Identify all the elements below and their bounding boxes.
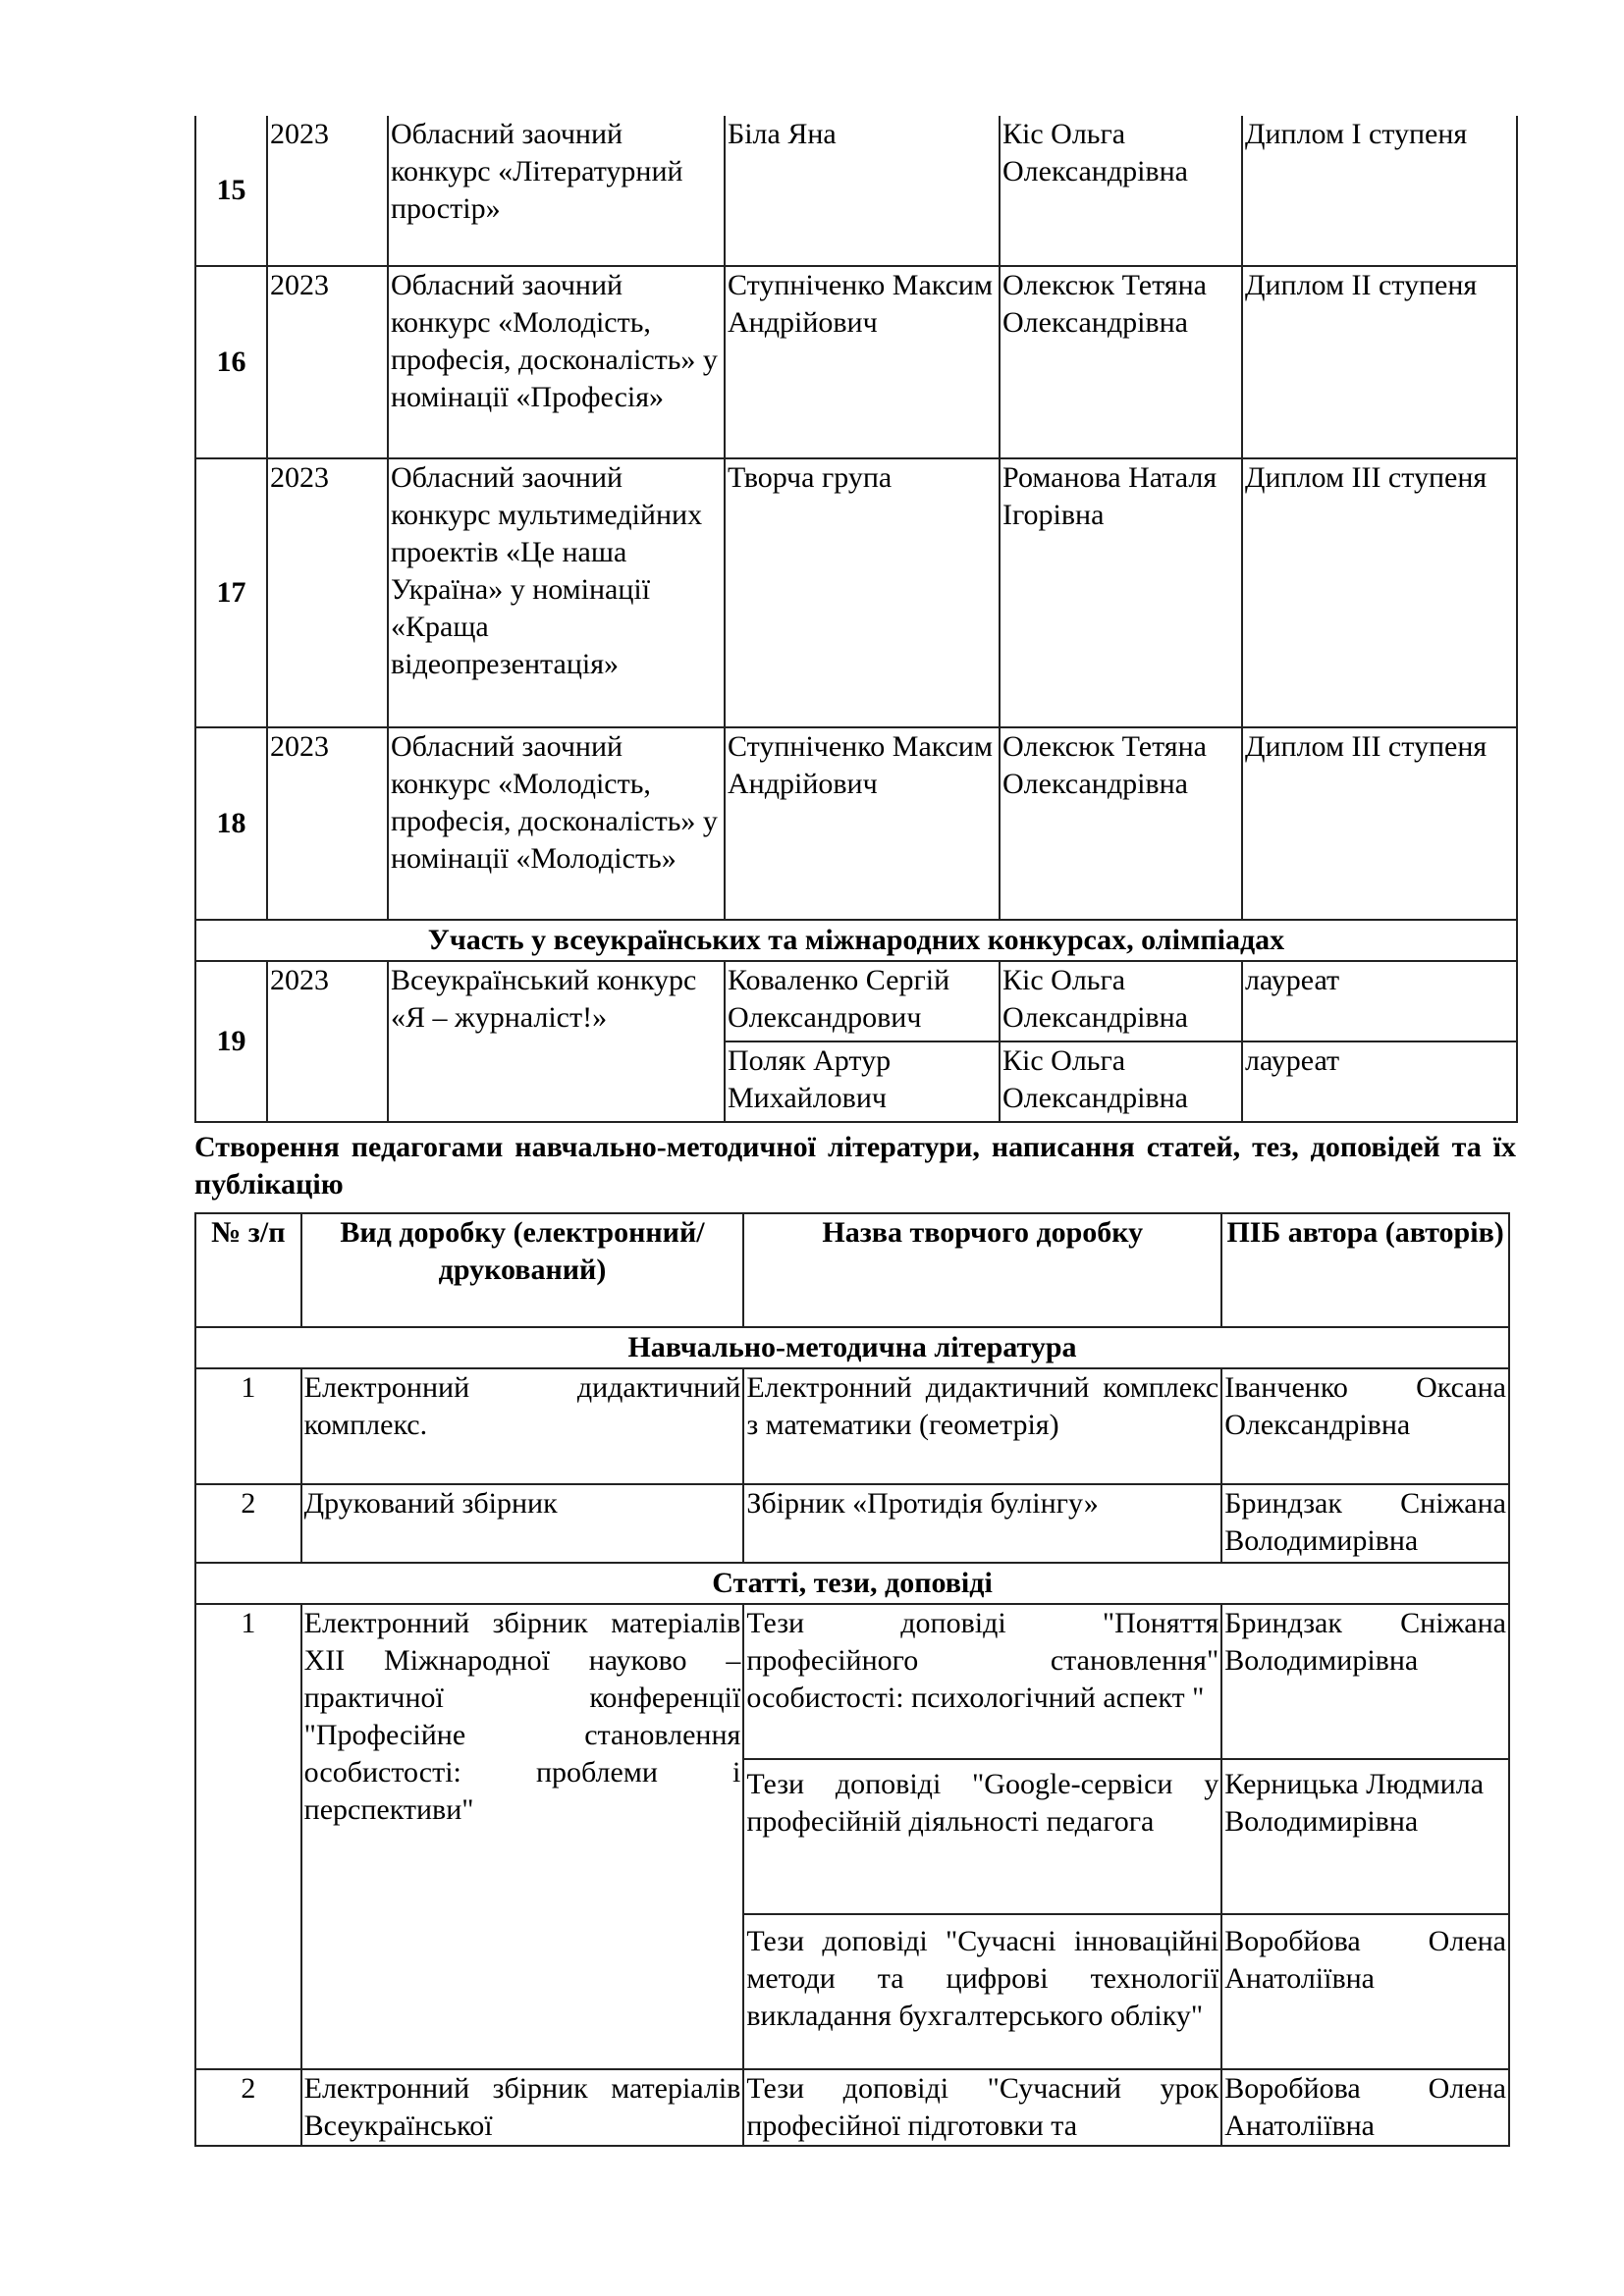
competitions-table: 15 2023 Обласний заочний конкурс «Літера…: [194, 116, 1518, 1123]
author-cell: Керницька Людмила Володимирівна: [1221, 1759, 1509, 1914]
participant-cell: Коваленко Сергій Олександрович: [725, 961, 1000, 1041]
table-row: 1 Електронний збірник матеріалів XII Між…: [195, 1604, 1509, 1759]
table-row: 15 2023 Обласний заочний конкурс «Літера…: [195, 116, 1517, 266]
table-row: 19 2023 Всеукраїнський конкурс «Я – журн…: [195, 961, 1517, 1041]
year-cell: 2023: [267, 266, 388, 458]
row-number: 2: [195, 2069, 301, 2146]
title-cell: Тези доповіді "Поняття професійного стан…: [743, 1604, 1221, 1759]
table-row: 17 2023 Обласний заочний конкурс мультим…: [195, 458, 1517, 727]
contest-cell: Обласний заочний конкурс «Літературний п…: [388, 116, 725, 266]
author-cell: Бриндзак Сніжана Володимирівна: [1221, 1484, 1509, 1563]
author-cell: Воробйова Олена Анатоліївна: [1221, 2069, 1509, 2146]
author-cell: Воробйова Олена Анатоліївна: [1221, 1914, 1509, 2069]
section-title: Участь у всеукраїнських та міжнародних к…: [195, 920, 1517, 961]
header-type: Вид доробку (електронний/друкований): [301, 1213, 744, 1327]
section-title: Статті, тези, доповіді: [195, 1563, 1509, 1604]
header-author: ПІБ автора (авторів): [1221, 1213, 1509, 1327]
contest-cell: Всеукраїнський конкурс «Я – журналіст!»: [388, 961, 725, 1122]
section-row: Навчально-методична література: [195, 1327, 1509, 1368]
result-cell: Диплом І ступеня: [1242, 116, 1517, 266]
author-cell: Іванченко Оксана Олександрівна: [1221, 1368, 1509, 1484]
result-cell: Диплом ІІ ступеня: [1242, 266, 1517, 458]
section-heading: Створення педагогами навчально-методично…: [194, 1129, 1516, 1203]
header-num: № з/п: [195, 1213, 301, 1327]
author-cell: Бриндзак Сніжана Володимирівна: [1221, 1604, 1509, 1759]
row-number: 1: [195, 1368, 301, 1484]
row-number: 15: [195, 116, 267, 266]
year-cell: 2023: [267, 116, 388, 266]
row-number: 1: [195, 1604, 301, 2069]
type-cell: Електронний збірник матеріалів XII Міжна…: [301, 1604, 744, 2069]
contest-cell: Обласний заочний конкурс «Молодість, про…: [388, 727, 725, 920]
row-number: 16: [195, 266, 267, 458]
header-row: № з/п Вид доробку (електронний/друковани…: [195, 1213, 1509, 1327]
contest-cell: Обласний заочний конкурс мультимедійних …: [388, 458, 725, 727]
mentor-cell: Кіс Ольга Олександрівна: [1000, 961, 1242, 1041]
mentor-cell: Олексюк Тетяна Олександрівна: [1000, 727, 1242, 920]
section-title: Навчально-методична література: [195, 1327, 1509, 1368]
participant-cell: Біла Яна: [725, 116, 1000, 266]
title-cell: Тези доповіді "Google-сервіси у професій…: [743, 1759, 1221, 1914]
participant-cell: Творча група: [725, 458, 1000, 727]
table-row: 1 Електронний дидактичний комплекс. Елек…: [195, 1368, 1509, 1484]
result-cell: Диплом ІІІ ступеня: [1242, 727, 1517, 920]
year-cell: 2023: [267, 961, 388, 1122]
mentor-cell: Романова Наталя Ігорівна: [1000, 458, 1242, 727]
row-number: 19: [195, 961, 267, 1122]
section-row: Участь у всеукраїнських та міжнародних к…: [195, 920, 1517, 961]
title-cell: Тези доповіді "Сучасний урок професійної…: [743, 2069, 1221, 2146]
mentor-cell: Кіс Ольга Олександрівна: [1000, 116, 1242, 266]
title-cell: Тези доповіді "Сучасні інноваційні метод…: [743, 1914, 1221, 2069]
type-cell: Електронний збірник матеріалів Всеукраїн…: [301, 2069, 744, 2146]
participant-cell: Поляк Артур Михайлович: [725, 1041, 1000, 1122]
section-row: Статті, тези, доповіді: [195, 1563, 1509, 1604]
year-cell: 2023: [267, 458, 388, 727]
contest-cell: Обласний заочний конкурс «Молодість, про…: [388, 266, 725, 458]
table-row: 18 2023 Обласний заочний конкурс «Молоді…: [195, 727, 1517, 920]
header-title: Назва творчого доробку: [743, 1213, 1221, 1327]
table-row: 2 Друкований збірник Збірник «Протидія б…: [195, 1484, 1509, 1563]
row-number: 2: [195, 1484, 301, 1563]
mentor-cell: Олексюк Тетяна Олександрівна: [1000, 266, 1242, 458]
publications-table: № з/п Вид доробку (електронний/друковани…: [194, 1212, 1510, 2147]
row-number: 17: [195, 458, 267, 727]
year-cell: 2023: [267, 727, 388, 920]
result-cell: лауреат: [1242, 961, 1517, 1041]
participant-cell: Ступніченко Максим Андрійович: [725, 727, 1000, 920]
row-number: 18: [195, 727, 267, 920]
type-cell: Електронний дидактичний комплекс.: [301, 1368, 744, 1484]
title-cell: Електронний дидактичний комплекс з матем…: [743, 1368, 1221, 1484]
table-row: 2 Електронний збірник матеріалів Всеукра…: [195, 2069, 1509, 2146]
title-cell: Збірник «Протидія булінгу»: [743, 1484, 1221, 1563]
mentor-cell: Кіс Ольга Олександрівна: [1000, 1041, 1242, 1122]
result-cell: лауреат: [1242, 1041, 1517, 1122]
type-cell: Друкований збірник: [301, 1484, 744, 1563]
result-cell: Диплом ІІІ ступеня: [1242, 458, 1517, 727]
participant-cell: Ступніченко Максим Андрійович: [725, 266, 1000, 458]
table-row: 16 2023 Обласний заочний конкурс «Молоді…: [195, 266, 1517, 458]
